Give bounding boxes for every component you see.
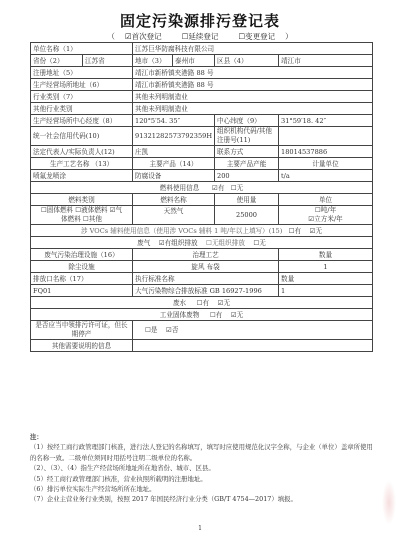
outlet-standard-header: 执行标准名称 — [133, 273, 279, 285]
city-value: 泰州市 — [173, 55, 215, 67]
vocs-no-checkbox: ☑无 — [310, 227, 323, 235]
industry-label: 行业类别（7） — [31, 91, 133, 103]
fuel-unit-cubic-checkbox: ☑立方米/年 — [281, 215, 370, 224]
row-fuel: ☐固体燃料 ☐液体燃料 ☑气 体燃料 ☐其他 天然气 25000 ☐吨/年 ☑立… — [31, 206, 373, 225]
legal-rep-value: 庄凯 — [133, 146, 215, 158]
fuel-amount-value: 25000 — [215, 206, 279, 225]
fuel-category-options-2: 体燃料 ☐其他 — [33, 215, 130, 224]
longitude-value: 120°5′54. 35″ — [133, 115, 215, 127]
county-value: 靖江市 — [279, 55, 373, 67]
outlet-name-header: 排放口名称（17） — [31, 273, 133, 285]
row-permit: 是否应当申领排污许可证，但长期停产 ☐是 ☑否 — [31, 321, 373, 340]
notes: 注： （1）按经工商行政管理部门核准，进行法人登记的名称填写，填写时应使用规范化… — [30, 432, 375, 505]
outlet-name-value: FQ01 — [31, 285, 133, 297]
facility-process-value: 旋风 布袋 — [133, 261, 279, 273]
other-industry-value: 其他未列明制造业 — [133, 103, 373, 115]
outlet-count-value: 1 — [279, 285, 373, 297]
solid-waste-yes-checkbox: ☐有 — [210, 311, 223, 319]
row-industry: 行业类别（7） 其他未列明制造业 — [31, 91, 373, 103]
note-4: （6）排污单位实际生产经营场所所在地址。 — [30, 484, 375, 494]
row-site-address: 生产经营场所地址（6） 靖江市新桥镇夹港路 88 号 — [31, 79, 373, 91]
latitude-value: 31°59′18. 42″ — [279, 115, 373, 127]
row-other-industry: 其他行业类别 其他未列明制造业 — [31, 103, 373, 115]
capacity-value: 200 — [215, 170, 279, 182]
row-fuel-info: 燃料使用信息 ☑有 ☐无 — [31, 182, 373, 194]
row-production-header: 生产工艺名称 （13） 主要产品（14） 主要产品产能 计量单位 — [31, 158, 373, 170]
process-header: 生产工艺名称 （13） — [31, 158, 133, 170]
row-legal-rep: 法定代表人/实际负责人(12) 庄凯 联系方式 18014537886 — [31, 146, 373, 158]
notes-heading: 注： — [30, 432, 375, 442]
site-address-value: 靖江市新桥镇夹港路 88 号 — [133, 79, 373, 91]
page-title: 固定污染源排污登记表 — [0, 10, 400, 31]
credit-code-label: 统一社会信用代码(10) — [31, 127, 133, 146]
exhaust-none-checkbox: ☐无 — [253, 239, 266, 247]
row-codes: 统一社会信用代码(10) 91321282573792359H 组织机构代码/其… — [31, 127, 373, 146]
unit-value: t/a — [279, 170, 373, 182]
site-address-label: 生产经营场所地址（6） — [31, 79, 133, 91]
vocs-yes-checkbox: ☐有 — [289, 227, 302, 235]
fuel-category-options-1: ☐固体燃料 ☐液体燃料 ☑气 — [33, 206, 130, 215]
product-header: 主要产品（14） — [133, 158, 215, 170]
unit-name-value: 江苏巨华防腐科技有限公司 — [133, 43, 373, 55]
registration-form: 单位名称（1） 江苏巨华防腐科技有限公司 省份（2） 江苏省 地市（3） 泰州市… — [30, 42, 373, 352]
process-value: 喷氟龙喷涂 — [31, 170, 133, 182]
contact-value: 18014537886 — [279, 146, 373, 158]
other-info-value — [133, 340, 373, 352]
note-1: （1）按经工商行政管理部门核准，进行法人登记的名称填写，填写时应使用规范化汉字全… — [30, 442, 375, 463]
row-location: 省份（2） 江苏省 地市（3） 泰州市 区县（4） 靖江市 — [31, 55, 373, 67]
other-info-label: 其他需要说明的信息 — [31, 340, 133, 352]
page-number: 1 — [0, 525, 400, 532]
fuel-info-label: 燃料使用信息 — [160, 184, 200, 192]
fuel-unit-ton-checkbox: ☐吨/年 — [281, 206, 370, 215]
outlet-standard-value: 大气污染物综合排放标准 GB 16927-1996 — [133, 285, 279, 297]
row-outlet: FQ01 大气污染物综合排放标准 GB 16927-1996 1 — [31, 285, 373, 297]
row-facility-header: 废气污染治理设施（16） 治理工艺 数量 — [31, 249, 373, 261]
row-facility: 除尘设施 旋风 布袋 1 — [31, 261, 373, 273]
note-3: （5）经工商行政管理部门核准，营业执照所载明的注册地址。 — [30, 474, 375, 484]
row-unit-name: 单位名称（1） 江苏巨华防腐科技有限公司 — [31, 43, 373, 55]
fuel-amount-header: 使用量 — [215, 194, 279, 206]
exhaust-unorganized-checkbox: ☐无组织排放 — [206, 239, 245, 247]
row-other-info: 其他需要说明的信息 — [31, 340, 373, 352]
latitude-label: 中心纬度（9） — [215, 115, 279, 127]
longitude-label: 生产经营场所中心经度（8） — [31, 115, 133, 127]
note-5: （7）企业主营业务行业类别，按照 2017 年国民经济行业分类（GB/T 475… — [30, 494, 375, 504]
facility-name-value: 除尘设施 — [31, 261, 133, 273]
unit-header: 计量单位 — [279, 158, 373, 170]
row-fuel-header: 燃料类别 燃料名称 使用量 单位 — [31, 194, 373, 206]
county-label: 区县（4） — [215, 55, 279, 67]
wastewater-label: 废水 — [173, 299, 186, 307]
vocs-label: 涉 VOCs 辅料使用信息（使用涉 VOCs 辅料 1 吨/年以上填写）(15) — [81, 227, 282, 235]
row-vocs: 涉 VOCs 辅料使用信息（使用涉 VOCs 辅料 1 吨/年以上填写）(15)… — [31, 225, 373, 237]
org-code-label: 组织机构代码/其他注册号(11) — [215, 127, 279, 146]
registration-type: （☑首次登记☐延续登记☐变更登记） — [0, 31, 400, 42]
facility-process-header: 治理工艺 — [133, 249, 279, 261]
capacity-header: 主要产品产能 — [215, 158, 279, 170]
other-industry-label: 其他行业类别 — [31, 103, 133, 115]
credit-code-value: 91321282573792359H — [133, 127, 215, 146]
row-coordinates: 生产经营场所中心经度（8） 120°5′54. 35″ 中心纬度（9） 31°5… — [31, 115, 373, 127]
exhaust-label: 废气 — [137, 239, 150, 247]
row-production: 喷氟龙喷涂 防腐设备 200 t/a — [31, 170, 373, 182]
change-registration-checkbox: ☐变更登记 — [238, 32, 275, 41]
permit-yes-checkbox: ☐是 — [145, 326, 158, 334]
contact-label: 联系方式 — [215, 146, 279, 158]
row-exhaust: 废气 ☑有组织排放 ☐无组织排放 ☐无 — [31, 237, 373, 249]
exhaust-organized-checkbox: ☑有组织排放 — [159, 239, 198, 247]
wastewater-no-checkbox: ☑无 — [218, 299, 231, 307]
province-value: 江苏省 — [83, 55, 133, 67]
row-solid-waste: 工业固体废物 ☐有 ☑无 — [31, 309, 373, 321]
first-registration-checkbox: ☑首次登记 — [125, 32, 162, 41]
facility-count-value: 1 — [279, 261, 373, 273]
facility-name-header: 废气污染治理设施（16） — [31, 249, 133, 261]
row-outlet-header: 排放口名称（17） 执行标准名称 数量 — [31, 273, 373, 285]
org-code-value — [279, 127, 373, 146]
fuel-category-header: 燃料类别 — [31, 194, 133, 206]
province-label: 省份（2） — [31, 55, 83, 67]
fuel-name-value: 天然气 — [133, 206, 215, 225]
scan-stain — [382, 480, 396, 525]
fuel-no-checkbox: ☐无 — [231, 184, 244, 192]
fuel-name-header: 燃料名称 — [133, 194, 215, 206]
wastewater-yes-checkbox: ☐有 — [197, 299, 210, 307]
renewal-registration-checkbox: ☐延续登记 — [182, 32, 219, 41]
row-registered-address: 注册地址（5） 靖江市新桥镇夹港路 88 号 — [31, 67, 373, 79]
unit-name-label: 单位名称（1） — [31, 43, 133, 55]
note-2: （2）、（3）、（4）指生产经营场所地址所在地省份、城市、区县。 — [30, 463, 375, 473]
solid-waste-no-checkbox: ☑无 — [231, 311, 244, 319]
legal-rep-label: 法定代表人/实际负责人(12) — [31, 146, 133, 158]
product-value: 防腐设备 — [133, 170, 215, 182]
city-label: 地市（3） — [133, 55, 173, 67]
registered-address-label: 注册地址（5） — [31, 67, 133, 79]
fuel-unit-header: 单位 — [279, 194, 373, 206]
permit-label: 是否应当申领排污许可证，但长期停产 — [31, 321, 133, 340]
outlet-count-header: 数量 — [279, 273, 373, 285]
fuel-yes-checkbox: ☑有 — [212, 184, 225, 192]
industry-value: 其他未列明制造业 — [133, 91, 373, 103]
solid-waste-label: 工业固体废物 — [160, 311, 200, 319]
facility-count-header: 数量 — [279, 249, 373, 261]
row-wastewater: 废水 ☐有 ☑无 — [31, 297, 373, 309]
registered-address-value: 靖江市新桥镇夹港路 88 号 — [133, 67, 373, 79]
permit-no-checkbox: ☑否 — [166, 326, 179, 334]
